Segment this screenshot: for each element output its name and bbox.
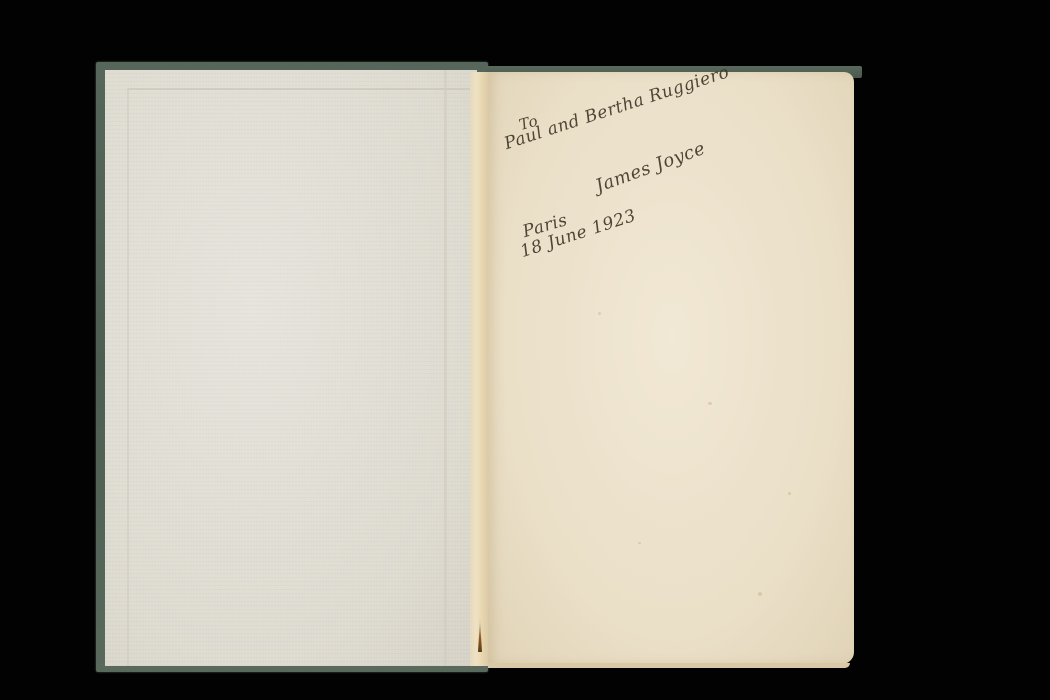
left-pastedown-endpaper <box>105 70 477 666</box>
book-gutter-hinge <box>470 72 490 666</box>
handwritten-inscription: To Paul and Bertha Ruggiero James Joyce … <box>488 72 854 664</box>
hinge-crack <box>478 618 482 652</box>
page-block-edge <box>488 663 850 668</box>
right-flyleaf-page: To Paul and Bertha Ruggiero James Joyce … <box>488 72 854 664</box>
cover-turn-in-outline <box>127 88 477 666</box>
photo-background: To Paul and Bertha Ruggiero James Joyce … <box>0 0 1050 700</box>
inscription-signature: James Joyce <box>593 138 708 197</box>
hinge-crease <box>444 70 447 666</box>
